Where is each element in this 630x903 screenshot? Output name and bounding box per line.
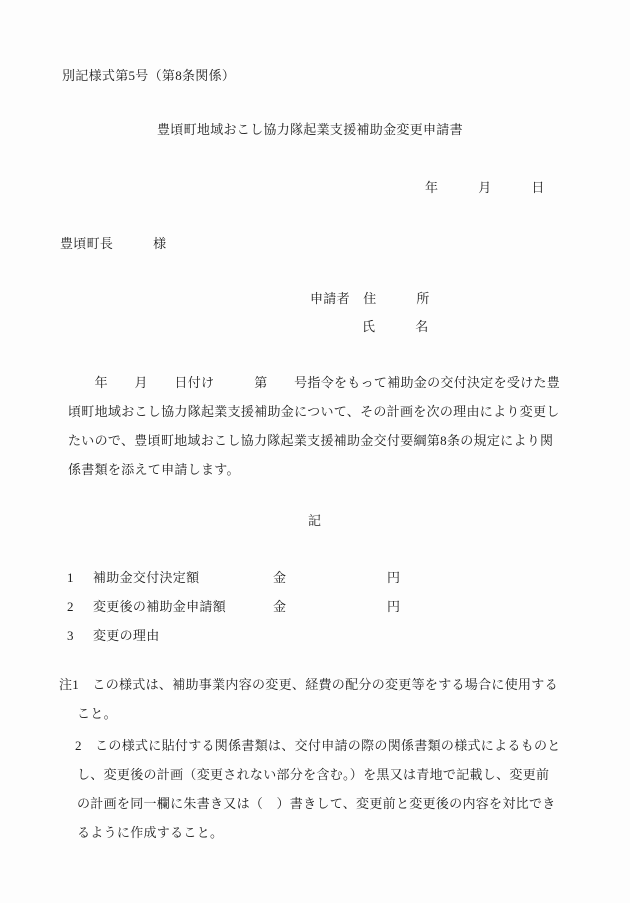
- note-line-3: 2 この様式に貼付する関係書類は、交付申請の際の関係書類の様式によるものと: [75, 738, 561, 754]
- body-paragraph-line-3: たいので、豊頃町地域おこし協力隊起業支援補助金交付要綱第8条の規定により関: [68, 433, 553, 449]
- item-unit-label: 円: [387, 570, 400, 586]
- note-line-1: 注1 この様式は、補助事業内容の変更、経費の配分の変更等をする場合に使用する: [59, 677, 558, 693]
- item-number: 1: [67, 570, 74, 586]
- applicant-address-label: 申請者 住 所: [310, 291, 430, 307]
- note-line-5: の計画を同一欄に朱書き又は（ ）書きして、変更前と変更後の内容を対比でき: [77, 796, 556, 812]
- document-page: 別記様式第5号（第8条関係） 豊頃町地域おこし協力隊起業支援補助金変更申請書 年…: [0, 0, 630, 903]
- document-title: 豊頃町地域おこし協力隊起業支援補助金変更申請書: [157, 122, 463, 138]
- item-label: 変更後の補助金申請額: [93, 599, 226, 615]
- section-mark: 記: [308, 513, 321, 529]
- date-blank-line: 年 月 日: [425, 180, 545, 196]
- form-number: 別記様式第5号（第8条関係）: [62, 68, 235, 84]
- note-line-6: るように作成すること。: [77, 825, 223, 841]
- item-row-decided-amount: 1 補助金交付決定額 金 円: [0, 570, 630, 586]
- note-line-4: し、変更後の計画（変更されない部分を含む。）を黒又は青地で記載し、変更前: [77, 767, 549, 783]
- item-currency-label: 金: [273, 570, 286, 586]
- body-paragraph-line-4: 係書類を添えて申請します。: [68, 462, 240, 478]
- item-number: 2: [67, 599, 74, 615]
- item-label: 補助金交付決定額: [93, 570, 199, 586]
- applicant-name-label: 氏 名: [362, 319, 429, 335]
- item-unit-label: 円: [387, 599, 400, 615]
- item-label: 変更の理由: [93, 628, 160, 644]
- item-row-change-reason: 3 変更の理由: [0, 628, 630, 644]
- body-paragraph-line-2: 頃町地域おこし協力隊起業支援補助金について、その計画を次の理由により変更し: [68, 404, 560, 420]
- item-currency-label: 金: [273, 599, 286, 615]
- body-paragraph-line-1: 年 月 日付け 第 号指令をもって補助金の交付決定を受けた豊: [68, 375, 560, 391]
- item-row-changed-amount: 2 変更後の補助金申請額 金 円: [0, 599, 630, 615]
- note-line-2: こと。: [77, 706, 117, 722]
- addressee-line: 豊頃町長 様: [60, 236, 166, 252]
- item-number: 3: [67, 628, 74, 644]
